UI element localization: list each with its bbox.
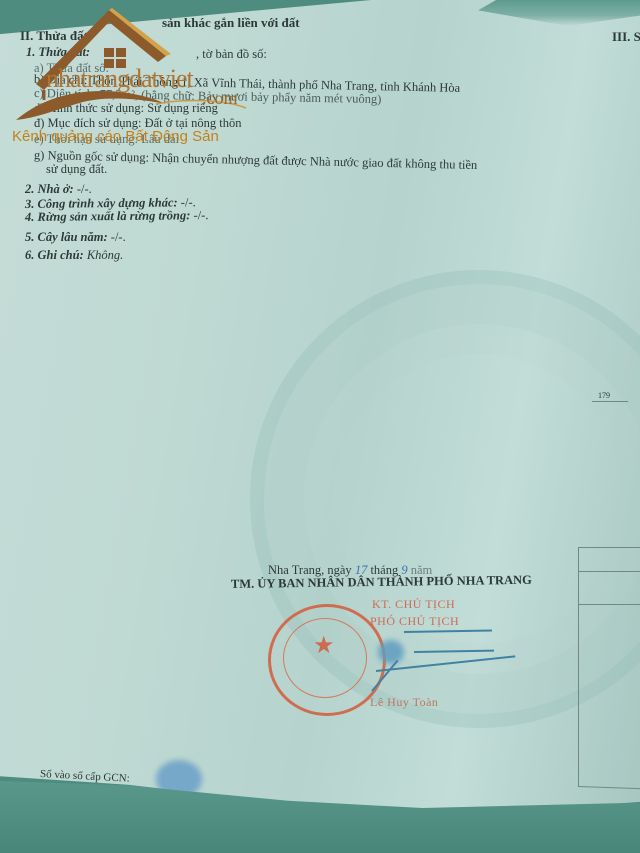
- star-icon: ★: [313, 631, 335, 660]
- item6-label: 6. Ghi chú:: [25, 248, 84, 262]
- item2: 2. Nhà ở: -/-.: [25, 182, 92, 197]
- item6: 6. Ghi chú: Không.: [25, 248, 123, 263]
- box-line-3: [579, 604, 640, 605]
- section-iii-title: III. S: [612, 29, 640, 45]
- item6-value: Không.: [87, 248, 123, 262]
- logo-site-tld: .com: [202, 88, 238, 109]
- item5-label: 5. Cây lâu năm:: [25, 230, 108, 244]
- item1-g-line2: sử dụng đất.: [46, 162, 107, 177]
- official-seal: ★: [268, 604, 386, 716]
- box-line-2: [579, 571, 640, 572]
- signer-title-2: PHÓ CHỦ TỊCH: [370, 614, 459, 629]
- item4-label: 4. Rừng sản xuất là rừng trồng:: [25, 208, 191, 224]
- item5: 5. Cây lâu năm: -/-.: [25, 230, 126, 245]
- item4-value: -/-.: [193, 208, 208, 222]
- box-line-top: [579, 547, 640, 548]
- item2-value: -/-.: [77, 182, 92, 196]
- signer-title-1: KT. CHỦ TỊCH: [372, 597, 455, 612]
- logo-tagline: Kênh quảng cáo Bất Động Sản: [12, 128, 219, 145]
- box-line-left: [578, 547, 579, 787]
- item4: 4. Rừng sản xuất là rừng trồng: -/-.: [25, 208, 209, 225]
- ink-blot: [378, 640, 404, 664]
- logo-site-name: nhatrangdatviet: [46, 64, 193, 94]
- side-number: 179: [598, 391, 610, 400]
- item2-label: 2. Nhà ở:: [25, 182, 74, 196]
- signer-name: Lê Huy Toàn: [370, 695, 438, 710]
- item5-value: -/-.: [111, 230, 126, 244]
- side-number-underline: [592, 401, 628, 402]
- site-watermark-logo: nhatrangdatviet .com Kênh quảng cáo Bất …: [6, 8, 256, 143]
